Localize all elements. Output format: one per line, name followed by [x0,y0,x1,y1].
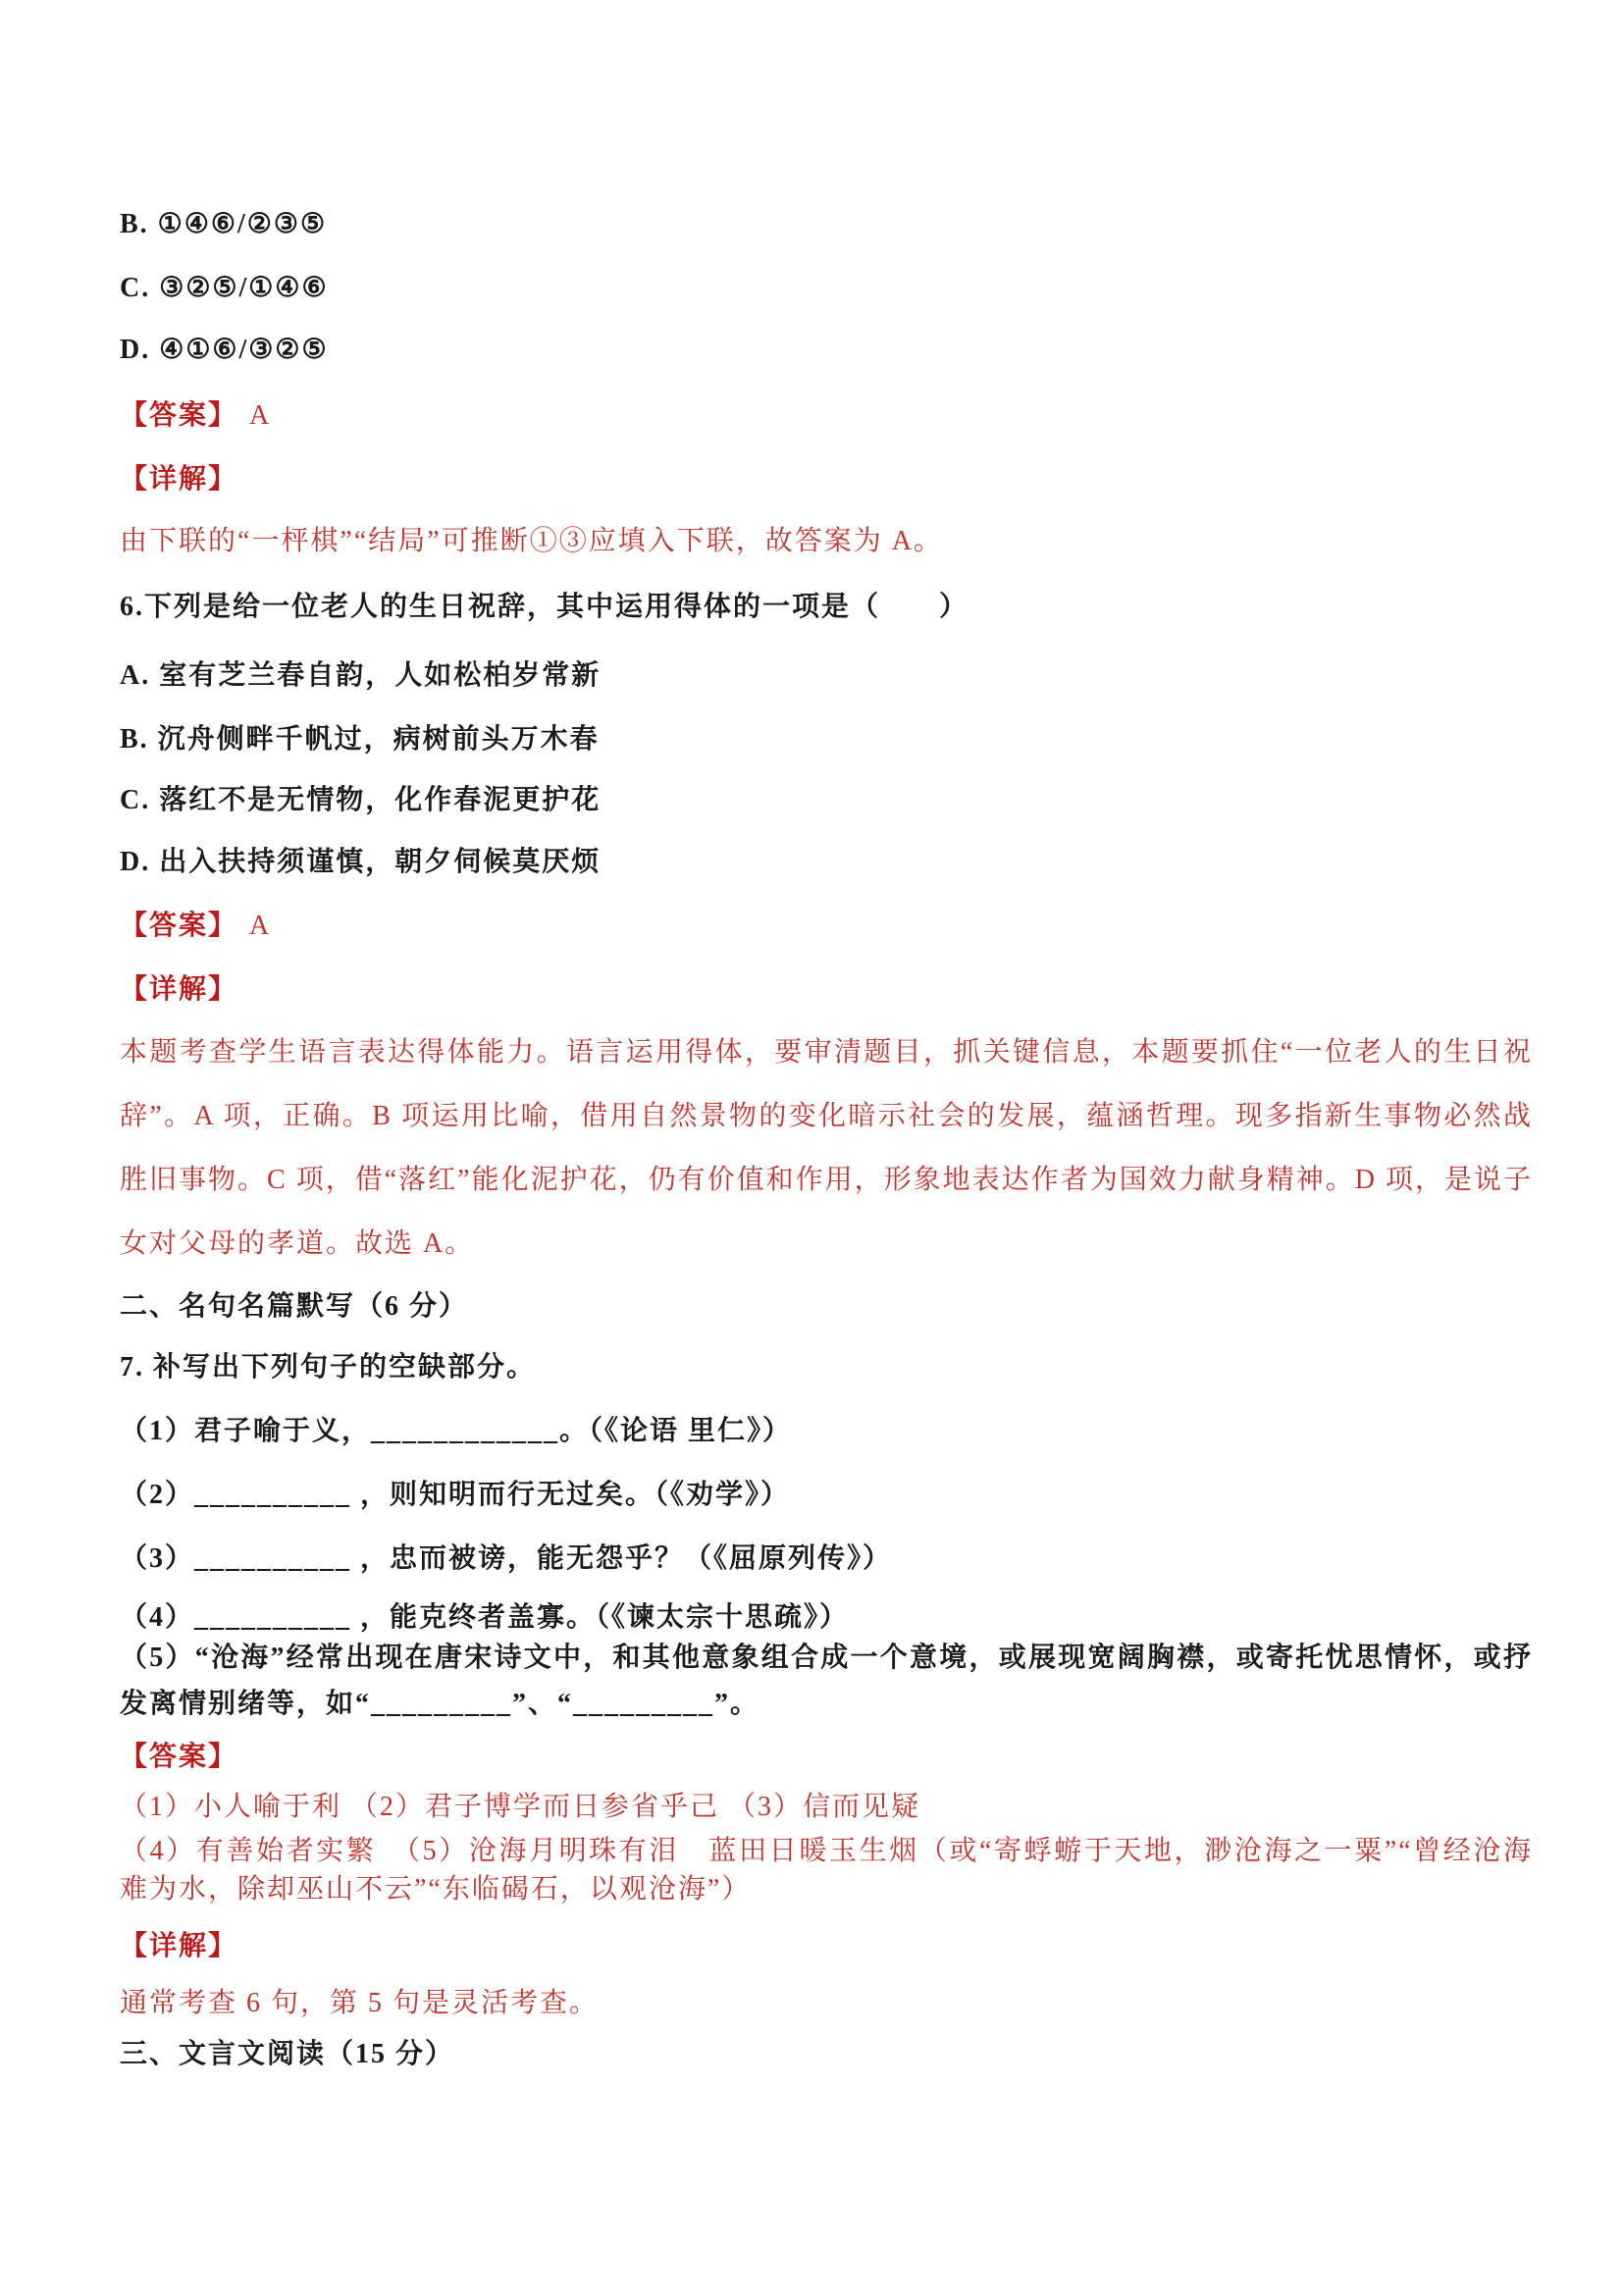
q6-option-b: B. 沉舟侧畔千帆过，病树前头万木春 [120,723,1533,757]
q6-answer-label: 【答案】 [120,911,237,941]
section2-title: 二、名句名篇默写（6 分） [120,1290,1533,1324]
q6-stem: 6.下列是给一位老人的生日祝辞，其中运用得体的一项是（ ） [120,591,1533,624]
q7-answer-label: 【答案】 [120,1741,1533,1774]
q6-explain-text: 本题考查学生语言表达得体能力。语言运用得体，要审清题目，抓关键信息，本题要抓住“… [120,1020,1533,1276]
q5-answer-value: A [249,400,271,431]
q7-answer-line-2: （4）有善始者实繁 （5）沧海月明珠有泪 蓝田日暖玉生烟（或“寄蜉蝣于天地，渺沧… [120,1832,1533,1908]
q6-answer-value: A [249,911,271,941]
q5-option-c: C. ③②⑤/①④⑥ [120,272,1533,305]
q6-option-d: D. 出入扶持须谨慎，朝夕伺候莫厌烦 [120,846,1533,879]
section3-title: 三、文言文阅读（15 分） [120,2038,1533,2071]
q7-item-5: （5）“沧海”经常出现在唐宋诗文中，和其他意象组合成一个意境，或展现宽阔胸襟，或… [120,1635,1533,1727]
q6-option-a: A. 室有芝兰春自韵，人如松柏岁常新 [120,659,1533,693]
q7-item-3: （3）__________ ，忠而被谤，能无怨乎？（《屈原列传》） [120,1542,1533,1576]
q7-item-1: （1）君子喻于义，____________。（《论语 里仁》） [120,1415,1533,1448]
q7-item-4: （4）__________ ，能克终者盖寡。（《谏太宗十思疏》） [120,1601,1533,1635]
q5-explain-text: 由下联的“一枰棋”“结局”可推断①③应填入下联，故答案为 A。 [120,525,1533,558]
q7-explain-label: 【详解】 [120,1930,1533,1963]
q5-answer-label: 【答案】 [120,400,237,431]
q5-explain-label: 【详解】 [120,463,1533,496]
q5-option-b: B. ①④⑥/②③⑤ [120,208,1533,241]
q7-answer-line-1: （1）小人喻于利 （2）君子博学而日参省乎己 （3）信而见疑 [120,1791,1533,1824]
q7-explain-text: 通常考查 6 句，第 5 句是灵活考查。 [120,1987,1533,2020]
q6-explain-label: 【详解】 [120,973,1533,1007]
q7-stem: 7. 补写出下列句子的空缺部分。 [120,1351,1533,1384]
q5-option-d: D. ④①⑥/③②⑤ [120,334,1533,367]
exam-document-page: B. ①④⑥/②③⑤ C. ③②⑤/①④⑥ D. ④①⑥/③②⑤ 【答案】A 【… [0,0,1623,2296]
q5-answer-line: 【答案】A [120,399,1533,433]
q6-answer-line: 【答案】A [120,910,1533,943]
q6-option-c: C. 落红不是无情物，化作春泥更护花 [120,784,1533,817]
q7-item-2: （2）__________ ，则知明而行无过矣。（《劝学》） [120,1479,1533,1512]
